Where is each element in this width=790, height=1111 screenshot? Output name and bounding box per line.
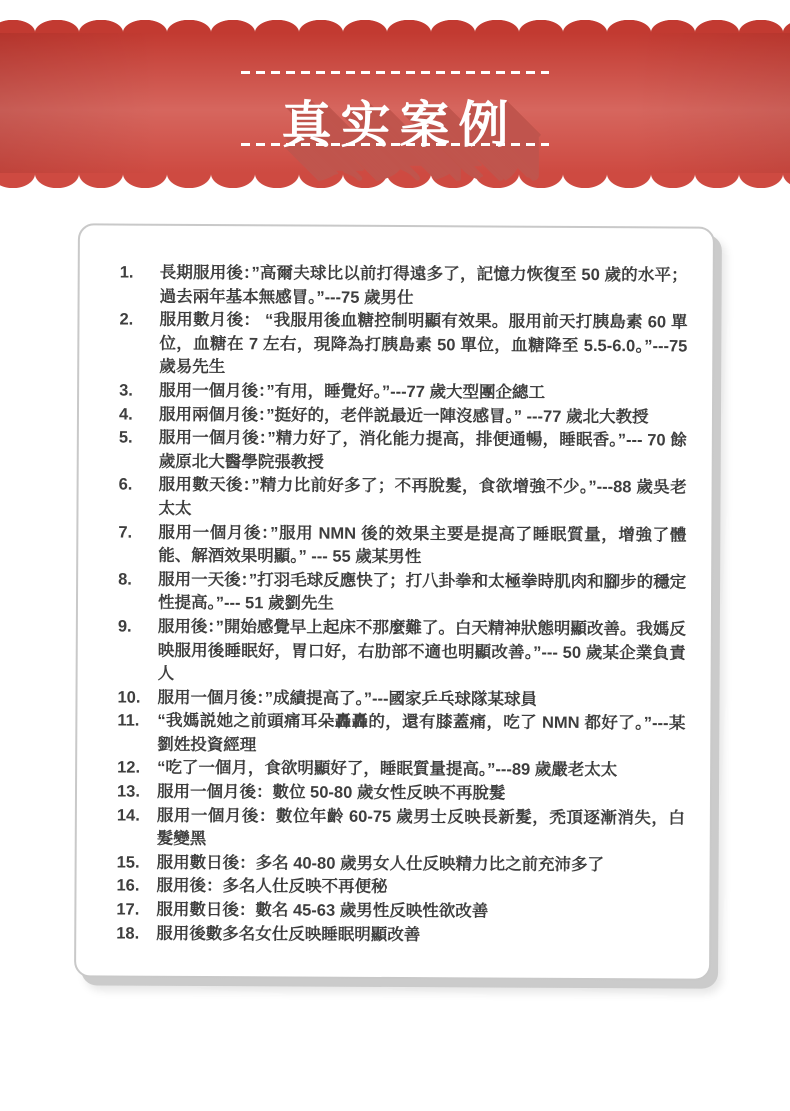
list-item: 12.“吃了一個月，食欲明顯好了，睡眠質量提高。”---89 歲嚴老太太 <box>117 757 685 784</box>
item-number: 18. <box>116 922 156 946</box>
list-item: 8.服用一天後：”打羽毛球反應快了；打八卦拳和太極拳時肌肉和腳步的穩定性提高。”… <box>118 568 686 618</box>
item-number: 15. <box>117 851 157 875</box>
item-text: 服用後數多名女仕反映睡眠明顯改善 <box>156 922 684 948</box>
item-number: 5. <box>119 427 159 474</box>
item-number: 3. <box>119 380 159 404</box>
item-number: 12. <box>117 757 157 781</box>
page: 真实案例 1.長期服用後：”高爾夫球比以前打得遠多了，記憶力恢復至 50 歲的水… <box>0 0 790 1111</box>
item-number: 14. <box>117 804 157 851</box>
testimonials-card: 1.長期服用後：”高爾夫球比以前打得遠多了，記憶力恢復至 50 歲的水平；過去兩… <box>74 223 715 981</box>
item-number: 11. <box>117 710 157 757</box>
item-text: 服用數日後：數名 45-63 歲男性反映性欲改善 <box>156 899 684 925</box>
item-number: 4. <box>119 403 159 427</box>
list-item: 7.服用一個月後：”服用 NMN 後的效果主要是提高了睡眠質量，增強了體能、解酒… <box>118 521 686 571</box>
list-item: 2.服用數月後： “我服用後血糖控制明顯有效果。服用前天打胰島素 60 單位，血… <box>119 309 687 383</box>
list-item: 11.“我媽説她之前頭痛耳朵轟轟的，還有膝蓋痛，吃了 NMN 都好了。”---某… <box>117 710 685 760</box>
item-text: 服用一個月後：數位年齡 60-75 歲男士反映長新髮，禿頂逐漸消失，白髮變黑 <box>157 804 685 854</box>
item-text: 服用一個月後：”精力好了，消化能力提高，排便通暢，睡眠香。”--- 70 餘歲原… <box>159 427 687 477</box>
list-item: 4.服用兩個月後：”挺好的，老伴説最近一陣沒感冒。” ---77 歲北大教授 <box>119 403 687 430</box>
list-item: 13.服用一個月後：數位 50-80 歲女性反映不再脫髮 <box>117 781 685 808</box>
header-banner: 真实案例 <box>0 20 790 188</box>
list-item: 15.服用數日後：多名 40-80 歲男女人仕反映精力比之前充沛多了 <box>117 851 685 878</box>
case-list: 1.長期服用後：”高爾夫球比以前打得遠多了，記憶力恢復至 50 歲的水平；過去兩… <box>116 262 688 949</box>
item-text: 服用數天後：”精力比前好多了；不再脫髮，食欲增強不少。”---88 歲吳老太太 <box>158 474 686 524</box>
list-item: 3.服用一個月後：”有用，睡覺好。”---77 歲大型團企總工 <box>119 380 687 407</box>
item-number: 10. <box>117 686 157 710</box>
item-number: 6. <box>118 474 158 521</box>
banner-content: 真实案例 <box>0 20 790 188</box>
item-text: 服用一個月後：”成績提高了。”---國家乒乓球隊某球員 <box>157 686 685 712</box>
dashed-divider-bottom <box>241 143 549 146</box>
item-text: 服用一天後：”打羽毛球反應快了；打八卦拳和太極拳時肌肉和腳步的穩定性提高。”--… <box>158 568 686 618</box>
list-item: 1.長期服用後：”高爾夫球比以前打得遠多了，記憶力恢復至 50 歲的水平；過去兩… <box>120 262 688 312</box>
item-text: 服用數日後：多名 40-80 歲男女人仕反映精力比之前充沛多了 <box>157 852 685 878</box>
list-item: 6.服用數天後：”精力比前好多了；不再脫髮，食欲增強不少。”---88 歲吳老太… <box>118 474 686 524</box>
list-item: 9.服用後：”開始感覺早上起床不那麼難了。白天精神狀態明顯改善。我媽反映服用後睡… <box>118 615 686 689</box>
list-item: 16.服用後：多名人仕反映不再便秘 <box>116 875 684 902</box>
item-number: 1. <box>120 262 160 309</box>
dashed-divider-top <box>241 71 549 74</box>
item-number: 8. <box>118 568 158 615</box>
item-text: 服用後：多名人仕反映不再便秘 <box>156 875 684 901</box>
item-text: 服用一個月後：數位 50-80 歲女性反映不再脫髮 <box>157 781 685 807</box>
item-number: 17. <box>116 899 156 923</box>
item-text: 服用兩個月後：”挺好的，老伴説最近一陣沒感冒。” ---77 歲北大教授 <box>159 403 687 429</box>
item-number: 16. <box>116 875 156 899</box>
list-item: 5.服用一個月後：”精力好了，消化能力提高，排便通暢，睡眠香。”--- 70 餘… <box>119 427 687 477</box>
item-text: 服用數月後： “我服用後血糖控制明顯有效果。服用前天打胰島素 60 單位，血糖在… <box>159 309 687 383</box>
item-number: 7. <box>118 521 158 568</box>
item-number: 2. <box>119 309 159 380</box>
item-text: “吃了一個月，食欲明顯好了，睡眠質量提高。”---89 歲嚴老太太 <box>157 757 685 783</box>
list-item: 18.服用後數多名女仕反映睡眠明顯改善 <box>116 922 684 949</box>
item-number: 9. <box>118 615 158 686</box>
list-item: 10.服用一個月後：”成績提高了。”---國家乒乓球隊某球員 <box>117 686 685 713</box>
item-text: 服用一個月後：”服用 NMN 後的效果主要是提高了睡眠質量，增強了體能、解酒效果… <box>158 521 686 571</box>
item-text: 長期服用後：”高爾夫球比以前打得遠多了，記憶力恢復至 50 歲的水平；過去兩年基… <box>160 262 688 312</box>
list-item: 14.服用一個月後：數位年齡 60-75 歲男士反映長新髮，禿頂逐漸消失，白髮變… <box>117 804 685 854</box>
list-item: 17.服用數日後：數名 45-63 歲男性反映性欲改善 <box>116 899 684 926</box>
item-text: 服用後：”開始感覺早上起床不那麼難了。白天精神狀態明顯改善。我媽反映服用後睡眠好… <box>158 616 686 690</box>
item-number: 13. <box>117 781 157 805</box>
item-text: “我媽説她之前頭痛耳朵轟轟的，還有膝蓋痛，吃了 NMN 都好了。”---某劉姓投… <box>157 710 685 760</box>
item-text: 服用一個月後：”有用，睡覺好。”---77 歲大型團企總工 <box>159 380 687 406</box>
